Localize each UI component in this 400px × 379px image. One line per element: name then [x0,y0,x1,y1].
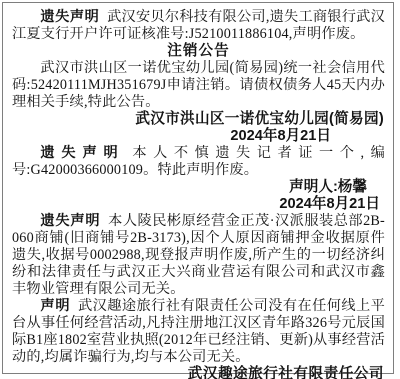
cancellation-signature: 武汉市洪山区一诺优宝幼儿园(简易园) [12,111,385,128]
press-card-declarant-signature: 声明人:杨馨 [12,179,385,196]
notice-statement-travel-agency: 声明武汉趣途旅行社有限责任公司没有在任何线上平台从事任何经营活动,凡持注册地江汉… [12,298,385,366]
notice-cancellation-body: 武汉市洪山区一诺优宝幼儿园(简易园)统一社会信用代码:52420111MJH35… [12,60,385,111]
notice-lost-declaration-deposit-receipt: 遗失声明本人陵民彬原经营金正茂·汉派服装总部2B-060商铺(旧商铺号2B-31… [12,213,385,298]
travel-agency-signature: 武汉趣途旅行社有限责任公司 [12,366,385,379]
notice-label: 遗失声明 [40,9,99,25]
cancellation-date: 2024年8月21日 [12,128,385,145]
notice-lost-declaration-press-card: 遗失声明本人不慎遗失记者证一个,编号:G42000366000109。特此声明作… [12,145,385,179]
notice-lost-declaration-bank: 遗失声明武汉安贝尔科技有限公司,遗失工商银行武汉江夏支行开户许可证核准号:J52… [12,9,385,43]
notices-column-frame: 遗失声明武汉安贝尔科技有限公司,遗失工商银行武汉江夏支行开户许可证核准号:J52… [2,2,394,374]
notice-label: 遗失声明 [40,145,124,161]
cancellation-notice-title: 注销公告 [12,43,385,60]
press-card-declaration-date: 2024年8月21日 [12,196,385,213]
notice-label: 声明 [40,298,70,314]
notice-label: 遗失声明 [40,213,100,229]
